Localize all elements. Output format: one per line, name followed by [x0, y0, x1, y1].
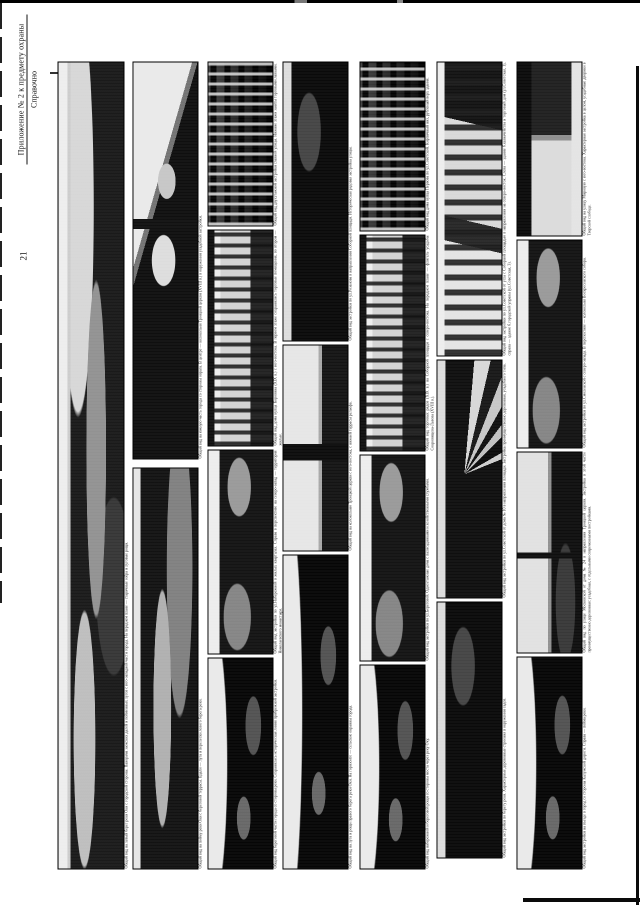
photo-caption: Общий вид на пойму реки Оки с береговой … [198, 468, 208, 868]
photo-caption: Общий вид застройки на въезде в город со… [582, 657, 592, 868]
photo-merchant-house [208, 230, 272, 445]
photo-caption: Общий вид застройки по ул.Набережной в ж… [273, 450, 283, 653]
page-number: 21 [18, 251, 28, 260]
photo-naberezhnaya-street [208, 450, 272, 653]
photo-caption: Общий вид застройки по ул.Смоленской с с… [582, 240, 592, 447]
photo-caption: Общий вид дома купца Коровина (XIX в.) с… [273, 230, 283, 445]
photo-moskovskaya-street [517, 452, 581, 652]
photo-caption: Общий вид на улицу Мировую с юго-востока… [582, 62, 592, 235]
photo-trading-rows [360, 235, 424, 450]
header-reference-note: Справочно [29, 14, 38, 164]
photo-troitskaya-belltower [283, 345, 347, 550]
photo-rozanova-street [283, 62, 347, 340]
photo-beregovaya-street [360, 455, 424, 660]
photo-riverbank-trees [208, 658, 272, 868]
photo-sovetskaya-street-10 [437, 360, 501, 597]
photo-caption: Общий вид дома купца Первова по ул.Совет… [425, 62, 435, 230]
photo-caption: Общий вид застройки по ул.Береговой. Одн… [425, 455, 435, 660]
photo-caption: Общий вид по улице Московской от дома № … [582, 452, 592, 652]
photo-caption: Общий вид на колокольню Троицкой церкви … [348, 345, 358, 550]
photo-caption: Общий вид на южную часть города со сторо… [198, 62, 208, 458]
photo-caption: Общий вид двухэтажной застройки главной … [273, 62, 283, 225]
photo-smolenskaya-street [517, 240, 581, 447]
photo-caption: Общий вид застройки по ул.Советской от у… [502, 62, 512, 355]
photo-caption: Общий вид застройки по ул.Советской от д… [502, 360, 512, 597]
page-header: Приложение № 2 к предмету охраны Справоч… [16, 14, 38, 164]
photo-caption: Общий вид застройки по ул.Розанова в нап… [348, 62, 358, 340]
photo-caption: Общий вид торговых рядов (XIX в.) на Соб… [425, 235, 435, 450]
header-appendix-title: Приложение № 2 к предмету охраны [16, 14, 27, 164]
photo-floodplain-panorama [133, 468, 197, 868]
scanned-document-page: { "page": { "number": "21", "header": { … [0, 0, 640, 905]
photo-hillside-belltower [133, 62, 197, 458]
rotated-sheet: Приложение № 2 к предмету охраны Справоч… [0, 0, 640, 905]
photo-pervov-house [360, 62, 424, 230]
photo-oka-panorama [58, 62, 123, 868]
photo-embankment-grove [360, 665, 424, 868]
photo-meadows-panorama [283, 555, 347, 868]
photo-caption: Общий вид береговой части города со стор… [273, 658, 283, 868]
photo-caption: Общий вид на левый берег реки Оки с горо… [124, 62, 134, 868]
photo-sovetskaya-corner [437, 62, 501, 355]
photo-main-street-two-story [208, 62, 272, 225]
photo-caption: Общий вид застройки по берегу реки. Хара… [502, 602, 512, 857]
photo-caption: Общий вид на луга и рощи правого берега … [348, 555, 358, 868]
photo-caption: Общий вид набережной и береговой рощи со… [425, 665, 435, 868]
photo-riverside-houses [437, 602, 501, 857]
photo-mirovaya-street [517, 62, 581, 235]
photo-kaluga-road-entry [517, 657, 581, 868]
